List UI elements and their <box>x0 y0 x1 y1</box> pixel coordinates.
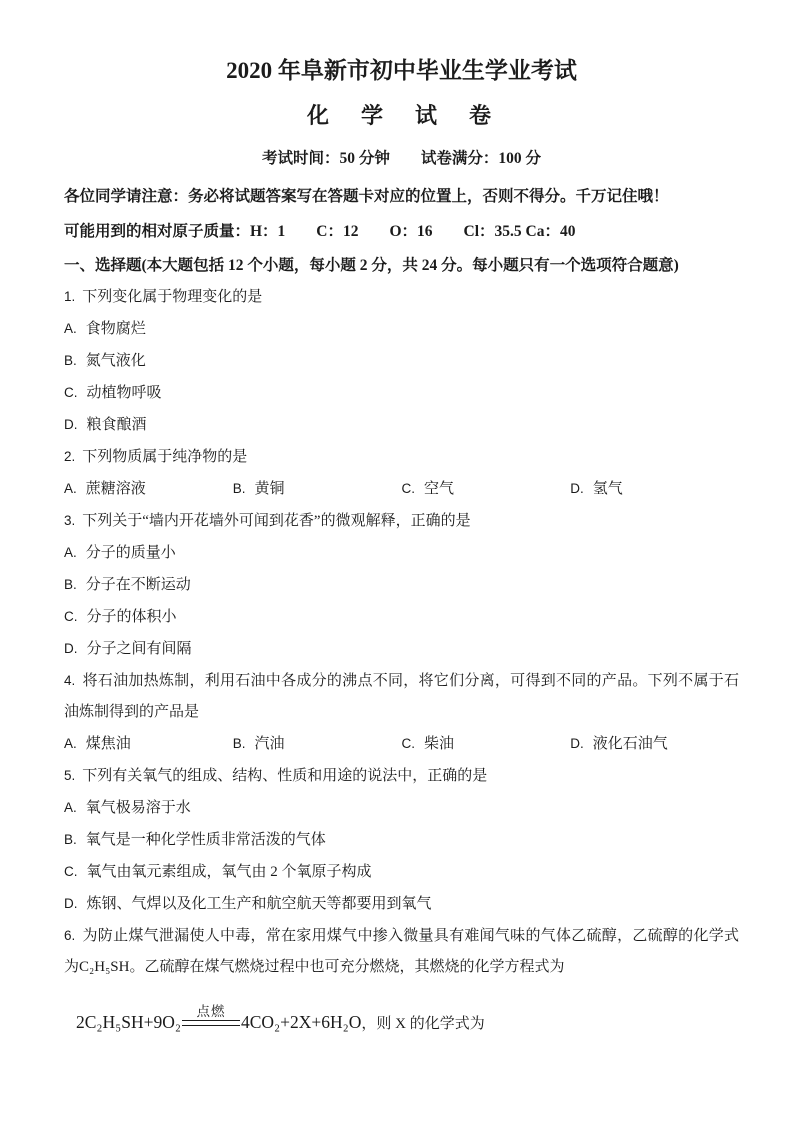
option-b: B.氮气液化 <box>64 345 739 377</box>
option-text: 黄铜 <box>255 481 285 497</box>
equals-double-line <box>182 1020 240 1026</box>
option-text: 分子的体积小 <box>87 609 177 625</box>
options-group: A.蔗糖溶液B.黄铜C.空气D.氢气 <box>64 473 739 505</box>
option-text: 氧气是一种化学性质非常活泼的气体 <box>86 832 326 848</box>
option-text: 空气 <box>424 481 454 497</box>
exam-title: 2020 年阜新市初中毕业生学业考试 <box>64 56 739 86</box>
questions-container: 1.下列变化属于物理变化的是A.食物腐烂B.氮气液化C.动植物呼吸D.粮食酿酒2… <box>64 281 739 983</box>
option-a: A.食物腐烂 <box>64 313 739 345</box>
option-a: A.蔗糖溶液 <box>64 473 233 505</box>
option-text: 煤焦油 <box>86 736 131 752</box>
question-number: 1. <box>64 289 75 304</box>
question-stem: 2.下列物质属于纯净物的是 <box>64 441 739 473</box>
question-stem: 1.下列变化属于物理变化的是 <box>64 281 739 313</box>
reaction-condition-label: 点燃 <box>197 1004 226 1020</box>
question-1: 1.下列变化属于物理变化的是A.食物腐烂B.氮气液化C.动植物呼吸D.粮食酿酒 <box>64 281 739 441</box>
option-label: A. <box>64 800 77 815</box>
option-text: 分子的质量小 <box>86 545 176 561</box>
option-label: B. <box>233 481 246 496</box>
option-label: B. <box>64 832 77 847</box>
option-label: D. <box>64 641 78 656</box>
option-text: 氢气 <box>593 481 623 497</box>
option-label: A. <box>64 481 77 496</box>
option-b: B.汽油 <box>233 728 402 760</box>
option-text: 分子之间有间隔 <box>87 641 192 657</box>
atomic-masses-line: 可能用到的相对原子质量：H：1 C：12 O：16 Cl：35.5 Ca：40 <box>64 220 739 243</box>
option-b: B.氧气是一种化学性质非常活泼的气体 <box>64 824 739 856</box>
option-label: C. <box>64 609 78 624</box>
option-label: C. <box>64 864 78 879</box>
option-label: B. <box>233 736 246 751</box>
question-number: 2. <box>64 449 75 464</box>
chemical-equation: 2C₂H₅SH+9O₂ 点燃 4CO₂+2X+6H₂O ，则 X 的化学式为 <box>76 999 739 1045</box>
subject-title: 化 学 试 卷 <box>64 101 739 131</box>
question-text: 下列有关氧气的组成、结构、性质和用途的说法中，正确的是 <box>82 768 487 784</box>
question-3: 3.下列关于“墙内开花墙外可闻到花香”的微观解释，正确的是A.分子的质量小B.分… <box>64 505 739 665</box>
option-label: A. <box>64 321 77 336</box>
option-d: D.氢气 <box>570 473 739 505</box>
equation-left-side: 2C₂H₅SH+9O₂ <box>76 1012 181 1033</box>
question-5: 5.下列有关氧气的组成、结构、性质和用途的说法中，正确的是A.氧气极易溶于水B.… <box>64 760 739 920</box>
option-label: D. <box>64 896 78 911</box>
option-d: D.炼钢、气焊以及化工生产和航空航天等都要用到氧气 <box>64 888 739 920</box>
option-c: C.柴油 <box>402 728 571 760</box>
question-6: 6.为防止煤气泄漏使人中毒，常在家用煤气中掺入微量具有难闻气味的气体乙硫醇，乙硫… <box>64 920 739 983</box>
option-label: B. <box>64 577 77 592</box>
question-stem: 6.为防止煤气泄漏使人中毒，常在家用煤气中掺入微量具有难闻气味的气体乙硫醇，乙硫… <box>64 920 739 983</box>
question-number: 3. <box>64 513 75 528</box>
equation-question-suffix: ，则 X 的化学式为 <box>361 1012 484 1033</box>
option-b: B.黄铜 <box>233 473 402 505</box>
options-group: A.煤焦油B.汽油C.柴油D.液化石油气 <box>64 728 739 760</box>
question-text: 下列关于“墙内开花墙外可闻到花香”的微观解释，正确的是 <box>82 513 470 529</box>
question-text: 下列变化属于物理变化的是 <box>82 289 262 305</box>
option-text: 食物腐烂 <box>86 321 146 337</box>
option-label: C. <box>402 481 416 496</box>
option-label: A. <box>64 736 77 751</box>
question-stem: 5.下列有关氧气的组成、结构、性质和用途的说法中，正确的是 <box>64 760 739 792</box>
question-text: 将石油加热炼制，利用石油中各成分的沸点不同，将它们分离，可得到不同的产品。下列不… <box>64 673 739 720</box>
option-a: A.煤焦油 <box>64 728 233 760</box>
option-c: C.动植物呼吸 <box>64 377 739 409</box>
option-d: D.粮食酿酒 <box>64 409 739 441</box>
option-d: D.分子之间有间隔 <box>64 633 739 665</box>
option-c: C.分子的体积小 <box>64 601 739 633</box>
options-group: A.氧气极易溶于水B.氧气是一种化学性质非常活泼的气体C.氧气由氧元素组成，氧气… <box>64 792 739 920</box>
question-text: 下列物质属于纯净物的是 <box>82 449 247 465</box>
question-number: 5. <box>64 768 75 783</box>
option-label: C. <box>402 736 416 751</box>
option-text: 动植物呼吸 <box>87 385 162 401</box>
option-d: D.液化石油气 <box>570 728 739 760</box>
equation-right-side: 4CO₂+2X+6H₂O <box>241 1012 361 1033</box>
option-text: 柴油 <box>424 736 454 752</box>
question-stem: 4.将石油加热炼制，利用石油中各成分的沸点不同，将它们分离，可得到不同的产品。下… <box>64 665 739 728</box>
option-label: D. <box>64 417 78 432</box>
option-label: C. <box>64 385 78 400</box>
option-label: B. <box>64 353 77 368</box>
option-label: A. <box>64 545 77 560</box>
option-text: 氧气极易溶于水 <box>86 800 191 816</box>
options-group: A.分子的质量小B.分子在不断运动C.分子的体积小D.分子之间有间隔 <box>64 537 739 665</box>
option-text: 液化石油气 <box>593 736 668 752</box>
option-b: B.分子在不断运动 <box>64 569 739 601</box>
exam-paper-page: 2020 年阜新市初中毕业生学业考试 化 学 试 卷 考试时间：50 分钟 试卷… <box>0 0 793 1122</box>
option-a: A.分子的质量小 <box>64 537 739 569</box>
question-4: 4.将石油加热炼制，利用石油中各成分的沸点不同，将它们分离，可得到不同的产品。下… <box>64 665 739 760</box>
option-c: C.氧气由氧元素组成，氧气由 2 个氧原子构成 <box>64 856 739 888</box>
exam-time-and-score: 考试时间：50 分钟 试卷满分：100 分 <box>64 148 739 170</box>
option-text: 氧气由氧元素组成，氧气由 2 个氧原子构成 <box>87 864 372 880</box>
section-one-title: 一、选择题(本大题包括 12 个小题，每小题 2 分，共 24 分。每小题只有一… <box>64 253 739 278</box>
option-c: C.空气 <box>402 473 571 505</box>
option-text: 分子在不断运动 <box>86 577 191 593</box>
question-text: 为防止煤气泄漏使人中毒，常在家用煤气中掺入微量具有难闻气味的气体乙硫醇，乙硫醇的… <box>64 928 739 975</box>
options-group: A.食物腐烂B.氮气液化C.动植物呼吸D.粮食酿酒 <box>64 313 739 441</box>
exam-notice: 各位同学请注意：务必将试题答案写在答题卡对应的位置上，否则不得分。千万记住哦！ <box>64 185 739 208</box>
question-number: 4. <box>64 673 75 688</box>
option-label: D. <box>570 481 584 496</box>
option-text: 粮食酿酒 <box>87 417 147 433</box>
option-text: 蔗糖溶液 <box>86 481 146 497</box>
question-2: 2.下列物质属于纯净物的是A.蔗糖溶液B.黄铜C.空气D.氢气 <box>64 441 739 505</box>
page-content: 2020 年阜新市初中毕业生学业考试 化 学 试 卷 考试时间：50 分钟 试卷… <box>0 0 793 1045</box>
question-stem: 3.下列关于“墙内开花墙外可闻到花香”的微观解释，正确的是 <box>64 505 739 537</box>
option-text: 炼钢、气焊以及化工生产和航空航天等都要用到氧气 <box>87 896 432 912</box>
question-number: 6. <box>64 928 75 943</box>
reaction-condition-wrap: 点燃 <box>182 1004 240 1026</box>
option-text: 汽油 <box>255 736 285 752</box>
option-label: D. <box>570 736 584 751</box>
option-text: 氮气液化 <box>86 353 146 369</box>
option-a: A.氧气极易溶于水 <box>64 792 739 824</box>
